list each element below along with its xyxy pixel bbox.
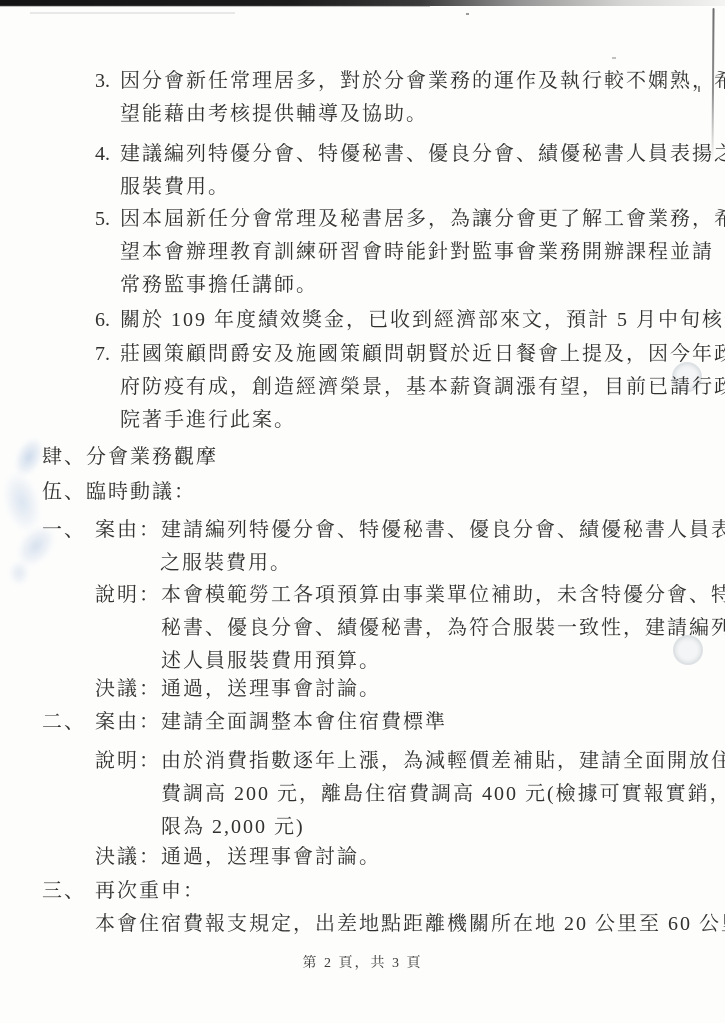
- motion-2-resolution: 決議：通過，送理事會討論。: [95, 841, 381, 874]
- text-line: 3.因分會新任常理居多，對於分會業務的運作及執行較不嫻熟，希: [95, 65, 725, 98]
- text-line: 說明：由於消費指數逐年上漲，為減輕價差補貼，建請全面開放住宿: [95, 745, 725, 778]
- case-text: 建請全面調整本會住宿費標準: [161, 711, 447, 733]
- resolution-label: 決議：: [95, 846, 161, 868]
- text-line: 決議：通過，送理事會討論。: [95, 673, 381, 706]
- resolution-label: 決議：: [95, 678, 161, 700]
- list-item: 5.因本屆新任分會常理及秘書居多，為讓分會更了解工會業務，希 望本會辦理教育訓練…: [95, 203, 725, 302]
- list-item-number: 3.: [95, 65, 120, 98]
- scan-faint-line: [30, 12, 235, 14]
- text-line: 秘書、優良分會、績優秘書，為符合服裝一致性，建請編列上: [95, 612, 725, 645]
- scan-speck: [612, 57, 616, 59]
- list-item-number: 6.: [95, 304, 120, 337]
- motion-1-case: 一、案由：建請編列特優分會、特優秘書、優良分會、績優秘書人員表揚 之服裝費用。: [42, 514, 725, 580]
- description-label: 說明：: [95, 750, 161, 772]
- text-line: 之服裝費用。: [42, 547, 725, 580]
- description-label: 說明：: [95, 584, 161, 606]
- motion-number: 三、: [42, 875, 95, 908]
- section-heading-text: 肆、分會業務觀摩: [42, 441, 218, 474]
- text-line: 三、再次重申：: [42, 875, 205, 908]
- section-heading-5: 伍、臨時動議：: [42, 476, 196, 509]
- text-line: 4.建議編列特優分會、特優秘書、優良分會、績優秘書人員表揚之: [95, 138, 725, 171]
- text-line: 望本會辦理教育訓練研習會時能針對監事會業務開辦課程並請: [95, 236, 725, 269]
- list-item: 7.莊國策顧問爵安及施國策顧問朝賢於近日餐會上提及，因今年政 府防疫有成，創造經…: [95, 338, 725, 437]
- motion-2-case: 二、案由：建請全面調整本會住宿費標準: [42, 706, 447, 739]
- text-line: 5.因本屆新任分會常理及秘書居多，為讓分會更了解工會業務，希: [95, 203, 725, 236]
- motion-title: 再次重申：: [95, 880, 205, 902]
- text-line-content: 建議編列特優分會、特優秘書、優良分會、績優秘書人員表揚之: [120, 143, 725, 165]
- motion-number: 二、: [42, 706, 95, 739]
- motion-2-description: 說明：由於消費指數逐年上漲，為減輕價差補貼，建請全面開放住宿 費調高 200 元…: [95, 745, 725, 844]
- motion-1-resolution: 決議：通過，送理事會討論。: [95, 673, 381, 706]
- text-line: 費調高 200 元，離島住宿費調高 400 元(檢據可實報實銷，上: [95, 778, 725, 811]
- text-line-content: 因分會新任常理居多，對於分會業務的運作及執行較不嫻熟，希: [120, 70, 725, 92]
- text-line: 限為 2,000 元): [95, 811, 725, 844]
- case-label: 案由：: [95, 711, 161, 733]
- list-item-number: 4.: [95, 138, 120, 171]
- motion-3-heading: 三、再次重申：: [42, 875, 205, 908]
- text-line: 說明：本會模範勞工各項預算由事業單位補助，未含特優分會、特優: [95, 579, 725, 612]
- scan-speck: [466, 13, 469, 15]
- motion-1-description: 說明：本會模範勞工各項預算由事業單位補助，未含特優分會、特優 秘書、優良分會、績…: [95, 579, 725, 678]
- text-line: 院著手進行此案。: [95, 404, 725, 437]
- resolution-text: 通過，送理事會討論。: [161, 846, 381, 868]
- text-line: 二、案由：建請全面調整本會住宿費標準: [42, 706, 447, 739]
- text-line: 常務監事擔任講師。: [95, 269, 725, 302]
- list-item: 3.因分會新任常理居多，對於分會業務的運作及執行較不嫻熟，希 望能藉由考核提供輔…: [95, 65, 725, 131]
- case-text: 建請編列特優分會、特優秘書、優良分會、績優秘書人員表揚: [161, 519, 725, 541]
- ink-smudge: [8, 560, 30, 586]
- motion-number: 一、: [42, 514, 95, 547]
- section-heading-4: 肆、分會業務觀摩: [42, 441, 218, 474]
- text-line: 望能藉由考核提供輔導及協助。: [95, 98, 725, 131]
- text-line: 6.關於 109 年度績效獎金，已收到經濟部來文，預計 5 月中旬核發。: [95, 304, 725, 337]
- text-line: 府防疫有成，創造經濟榮景，基本薪資調漲有望，目前已請行政: [95, 371, 725, 404]
- text-line: 7.莊國策顧問爵安及施國策顧問朝賢於近日餐會上提及，因今年政: [95, 338, 725, 371]
- list-item-number: 7.: [95, 338, 120, 371]
- list-item-number: 5.: [95, 203, 120, 236]
- description-text: 由於消費指數逐年上漲，為減輕價差補貼，建請全面開放住宿: [161, 750, 725, 772]
- list-item: 6.關於 109 年度績效獎金，已收到經濟部來文，預計 5 月中旬核發。: [95, 304, 725, 337]
- case-label: 案由：: [95, 519, 161, 541]
- motion-3-body: 本會住宿費報支規定，出差地點距離機關所在地 20 公里至 60 公里: [95, 908, 725, 941]
- text-line-content: 關於 109 年度績效獎金，已收到經濟部來文，預計 5 月中旬核發。: [120, 309, 725, 331]
- scan-edge-top-shadow: [0, 5, 430, 7]
- resolution-text: 通過，送理事會討論。: [161, 678, 381, 700]
- text-line-content: 莊國策顧問爵安及施國策顧問朝賢於近日餐會上提及，因今年政: [120, 343, 725, 365]
- section-heading-text: 伍、臨時動議：: [42, 476, 196, 509]
- text-line-content: 因本屆新任分會常理及秘書居多，為讓分會更了解工會業務，希: [120, 208, 725, 230]
- text-line: 本會住宿費報支規定，出差地點距離機關所在地 20 公里至 60 公里: [95, 908, 725, 941]
- text-line: 一、案由：建請編列特優分會、特優秘書、優良分會、績優秘書人員表揚: [42, 514, 725, 547]
- text-line: 服裝費用。: [95, 171, 725, 204]
- scanned-document-page: 3.因分會新任常理居多，對於分會業務的運作及執行較不嫻熟，希 望能藉由考核提供輔…: [0, 0, 725, 1023]
- text-line: 決議：通過，送理事會討論。: [95, 841, 381, 874]
- description-text: 本會模範勞工各項預算由事業單位補助，未含特優分會、特優: [161, 584, 725, 606]
- list-item: 4.建議編列特優分會、特優秘書、優良分會、績優秘書人員表揚之 服裝費用。: [95, 138, 725, 204]
- page-number-footer: 第 2 頁，共 3 頁: [0, 952, 725, 972]
